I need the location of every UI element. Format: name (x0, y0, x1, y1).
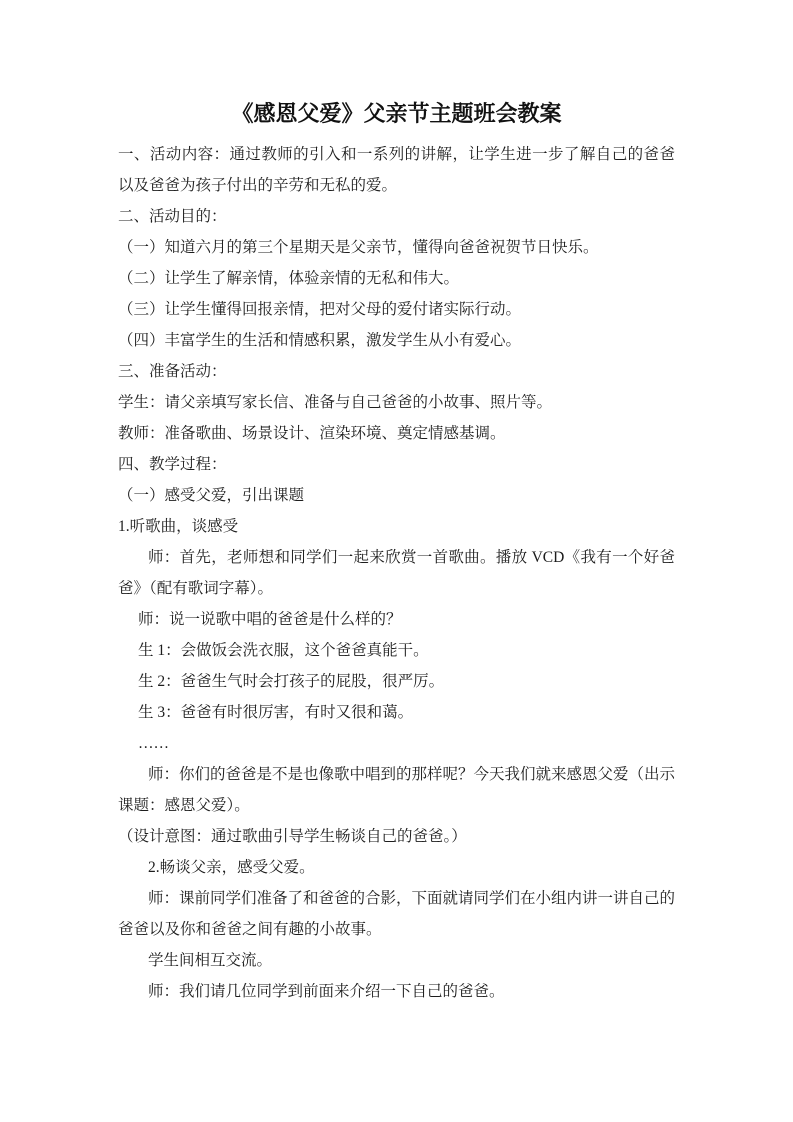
paragraph: 生 2：爸爸生气时会打孩子的屁股，很严厉。 (118, 666, 675, 697)
paragraph: 生 1：会做饭会洗衣服，这个爸爸真能干。 (118, 635, 675, 666)
document-page: 《感恩父爱》父亲节主题班会教案 一、活动内容：通过教师的引入和一系列的讲解，让学… (0, 0, 793, 1122)
paragraph: 二、活动目的： (118, 201, 675, 232)
paragraph: 三、准备活动： (118, 356, 675, 387)
paragraph: 一、活动内容：通过教师的引入和一系列的讲解，让学生进一步了解自己的爸爸以及爸爸为… (118, 139, 675, 201)
paragraph: （二）让学生了解亲情，体验亲情的无私和伟大。 (118, 263, 675, 294)
paragraph: 师：你们的爸爸是不是也像歌中唱到的那样呢？今天我们就来感恩父爱（出示课题：感恩父… (118, 759, 675, 821)
paragraph: （三）让学生懂得回报亲情，把对父母的爱付诸实际行动。 (118, 294, 675, 325)
paragraph: 师：说一说歌中唱的爸爸是什么样的？ (118, 604, 675, 635)
document-title: 《感恩父爱》父亲节主题班会教案 (118, 97, 675, 131)
paragraph: 2.畅谈父亲，感受父爱。 (118, 852, 675, 883)
paragraph: （一）知道六月的第三个星期天是父亲节，懂得向爸爸祝贺节日快乐。 (118, 232, 675, 263)
paragraph: 教师：准备歌曲、场景设计、渲染环境、奠定情感基调。 (118, 418, 675, 449)
document-content: 《感恩父爱》父亲节主题班会教案 一、活动内容：通过教师的引入和一系列的讲解，让学… (0, 0, 793, 1007)
paragraph: 四、教学过程： (118, 449, 675, 480)
paragraph: 生 3：爸爸有时很厉害，有时又很和蔼。 (118, 697, 675, 728)
paragraph: 师：首先，老师想和同学们一起来欣赏一首歌曲。播放 VCD《我有一个好爸爸》（配有… (118, 542, 675, 604)
paragraph: （一）感受父爱，引出课题 (118, 480, 675, 511)
paragraph: 1.听歌曲，谈感受 (118, 511, 675, 542)
paragraph: 师：我们请几位同学到前面来介绍一下自己的爸爸。 (118, 976, 675, 1007)
paragraph: （四）丰富学生的生活和情感积累，激发学生从小有爱心。 (118, 325, 675, 356)
paragraph: 学生：请父亲填写家长信、准备与自己爸爸的小故事、照片等。 (118, 387, 675, 418)
document-body: 一、活动内容：通过教师的引入和一系列的讲解，让学生进一步了解自己的爸爸以及爸爸为… (118, 139, 675, 1007)
paragraph: （设计意图：通过歌曲引导学生畅谈自己的爸爸。） (118, 821, 675, 852)
paragraph: …… (118, 728, 675, 759)
paragraph: 师：课前同学们准备了和爸爸的合影，下面就请同学们在小组内讲一讲自己的爸爸以及你和… (118, 883, 675, 945)
paragraph: 学生间相互交流。 (118, 945, 675, 976)
